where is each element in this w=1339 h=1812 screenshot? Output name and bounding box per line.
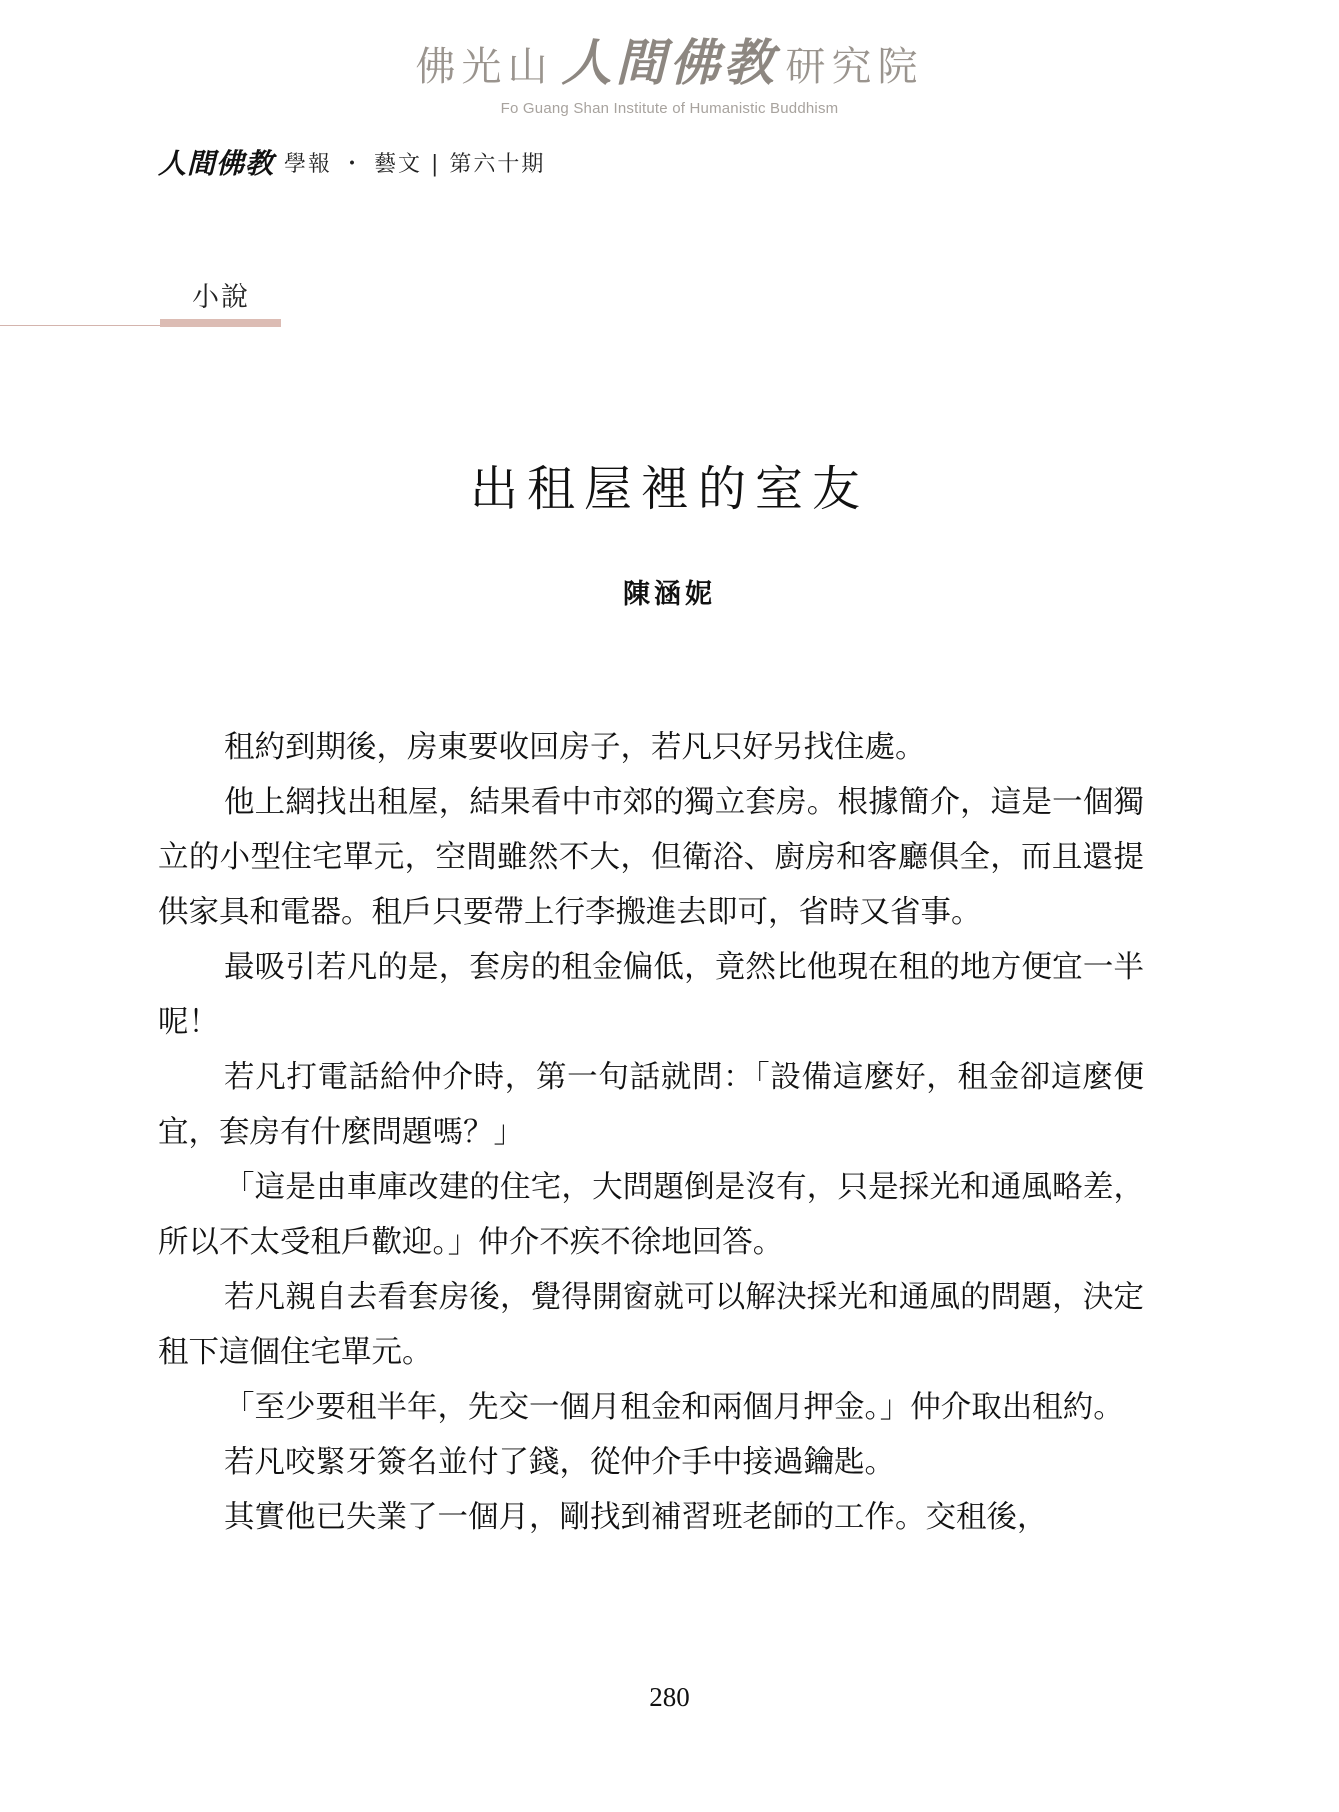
- institute-header: 佛光山人間佛教研究院 Fo Guang Shan Institute of Hu…: [0, 38, 1339, 117]
- journal-logo: 人間佛教: [158, 142, 274, 182]
- section-label: 小說: [192, 275, 250, 314]
- paragraph: 「這是由車庫改建的住宅，大問題倒是沒有，只是採光和通風略差，所以不太受租戶歡迎。…: [158, 1160, 1144, 1270]
- institute-english-name: Fo Guang Shan Institute of Humanistic Bu…: [0, 100, 1339, 117]
- journal-running-head: 人間佛教 學報 ・ 藝文 | 第六十期: [158, 142, 545, 182]
- story-body: 租約到期後，房東要收回房子，若凡只好另找住處。 他上網找出租屋，結果看中市郊的獨…: [158, 720, 1144, 1545]
- paragraph: 他上網找出租屋，結果看中市郊的獨立套房。根據簡介，這是一個獨立的小型住宅單元，空…: [158, 775, 1144, 940]
- story-author: 陳涵妮: [0, 572, 1339, 611]
- page-number: 280: [0, 1682, 1339, 1713]
- institute-title: 佛光山人間佛教研究院: [0, 38, 1339, 88]
- paragraph: 最吸引若凡的是，套房的租金偏低，竟然比他現在租的地方便宜一半呢！: [158, 940, 1144, 1050]
- institute-calligraphy-logo: 人間佛教: [562, 33, 778, 92]
- paragraph: 租約到期後，房東要收回房子，若凡只好另找住處。: [158, 720, 1144, 775]
- paragraph: 若凡親自去看套房後，覺得開窗就可以解決採光和通風的問題，決定租下這個住宅單元。: [158, 1270, 1144, 1380]
- institute-suffix: 研究院: [786, 44, 924, 90]
- paragraph: 若凡打電話給仲介時，第一句話就問：「設備這麼好，租金卻這麼便宜，套房有什麼問題嗎…: [158, 1050, 1144, 1160]
- section-divider-line: [0, 325, 160, 326]
- institute-prefix: 佛光山: [416, 44, 554, 90]
- paragraph: 「至少要租半年，先交一個月租金和兩個月押金。」仲介取出租約。: [158, 1380, 1144, 1435]
- journal-meta: 學報 ・ 藝文 | 第六十期: [284, 147, 545, 178]
- section-accent-bar: [160, 319, 281, 327]
- paragraph: 若凡咬緊牙簽名並付了錢，從仲介手中接過鑰匙。: [158, 1435, 1144, 1490]
- paragraph: 其實他已失業了一個月，剛找到補習班老師的工作。交租後，: [158, 1490, 1144, 1545]
- story-title: 出租屋裡的室友: [0, 450, 1339, 519]
